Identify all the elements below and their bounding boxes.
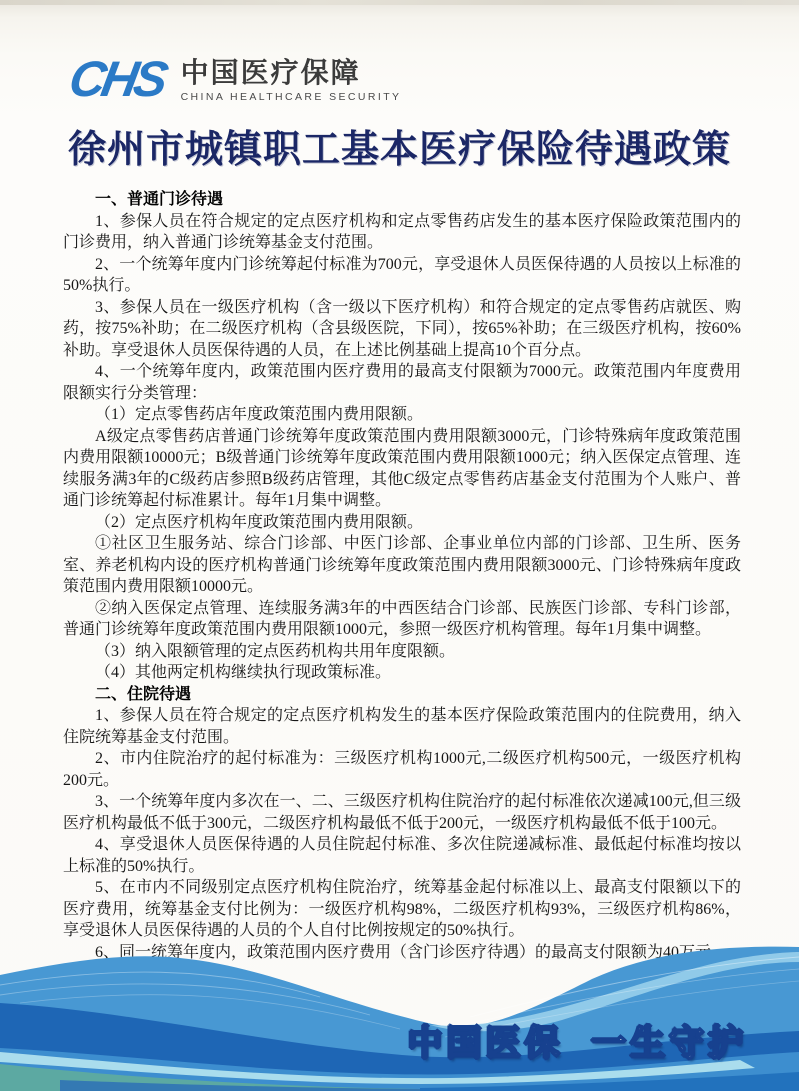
footer-wave: 中国医保 一生守护 bbox=[0, 945, 799, 1091]
paragraph: （3）纳入限额管理的定点医药机构共用年度限额。 bbox=[63, 641, 741, 663]
paragraph: A级定点零售药店普通门诊统筹年度政策范围内费用限额3000元，门诊特殊病年度政策… bbox=[63, 426, 741, 512]
paragraph: ②纳入医保定点管理、连续服务满3年的中西医结合门诊部、民族医门诊部、专科门诊部，… bbox=[63, 598, 741, 641]
paragraph: 3、参保人员在一级医疗机构（含一级以下医疗机构）和符合规定的定点零售药店就医、购… bbox=[63, 297, 741, 362]
chs-logo-mark-icon: CHS bbox=[66, 56, 168, 102]
document-title: 徐州市城镇职工基本医疗保险待遇政策 bbox=[30, 126, 769, 174]
paragraph: （4）其他两定机构继续执行现政策标准。 bbox=[63, 662, 741, 684]
document-body: 一、普通门诊待遇 1、参保人员在符合规定的定点医疗机构和定点零售药店发生的基本医… bbox=[63, 189, 741, 963]
paragraph: （1）定点零售药店年度政策范围内费用限额。 bbox=[63, 404, 741, 426]
paragraph: 2、市内住院治疗的起付标准为：三级医疗机构1000元,二级医疗机构500元，一级… bbox=[63, 748, 741, 791]
paragraph: （2）定点医疗机构年度政策范围内费用限额。 bbox=[63, 512, 741, 534]
paragraph: 1、参保人员在符合规定的定点医疗机构发生的基本医疗保险政策范围内的住院费用，纳入… bbox=[63, 705, 741, 748]
logo-text: 中国医疗保障 CHINA HEALTHCARE SECURITY bbox=[181, 56, 402, 103]
paragraph: 2、一个统筹年度内门诊统筹起付标准为700元，享受退休人员医保待遇的人员按以上标… bbox=[63, 254, 741, 297]
logo-name-cn: 中国医疗保障 bbox=[181, 58, 402, 88]
scanned-policy-page: CHS 中国医疗保障 CHINA HEALTHCARE SECURITY 徐州市… bbox=[0, 0, 799, 1091]
paragraph: 4、享受退休人员医保待遇的人员住院起付标准、多次住院递减标准、最低起付标准均按以… bbox=[63, 834, 741, 877]
paragraph: 5、在市内不同级别定点医疗机构住院治疗，统筹基金起付标准以上、最高支付限额以下的… bbox=[63, 877, 741, 942]
chs-logo: CHS 中国医疗保障 CHINA HEALTHCARE SECURITY bbox=[70, 56, 401, 103]
paragraph: 3、一个统筹年度内多次在一、二、三级医疗机构住院治疗的起付标准依次递减100元,… bbox=[63, 791, 741, 834]
paragraph: 4、一个统筹年度内，政策范围内医疗费用的最高支付限额为7000元。政策范围内年度… bbox=[63, 361, 741, 404]
slogan: 中国医保 一生守护 bbox=[408, 1016, 747, 1066]
paragraph: ①社区卫生服务站、综合门诊部、中医门诊部、企事业单位内部的门诊部、卫生所、医务室… bbox=[63, 533, 741, 598]
paragraph: 1、参保人员在符合规定的定点医疗机构和定点零售药店发生的基本医疗保险政策范围内的… bbox=[63, 211, 741, 254]
logo-name-en: CHINA HEALTHCARE SECURITY bbox=[181, 91, 402, 103]
section-heading-hospitalization: 二、住院待遇 bbox=[63, 684, 741, 706]
paper-top-edge bbox=[0, 0, 799, 5]
section-heading-outpatient: 一、普通门诊待遇 bbox=[63, 189, 741, 211]
